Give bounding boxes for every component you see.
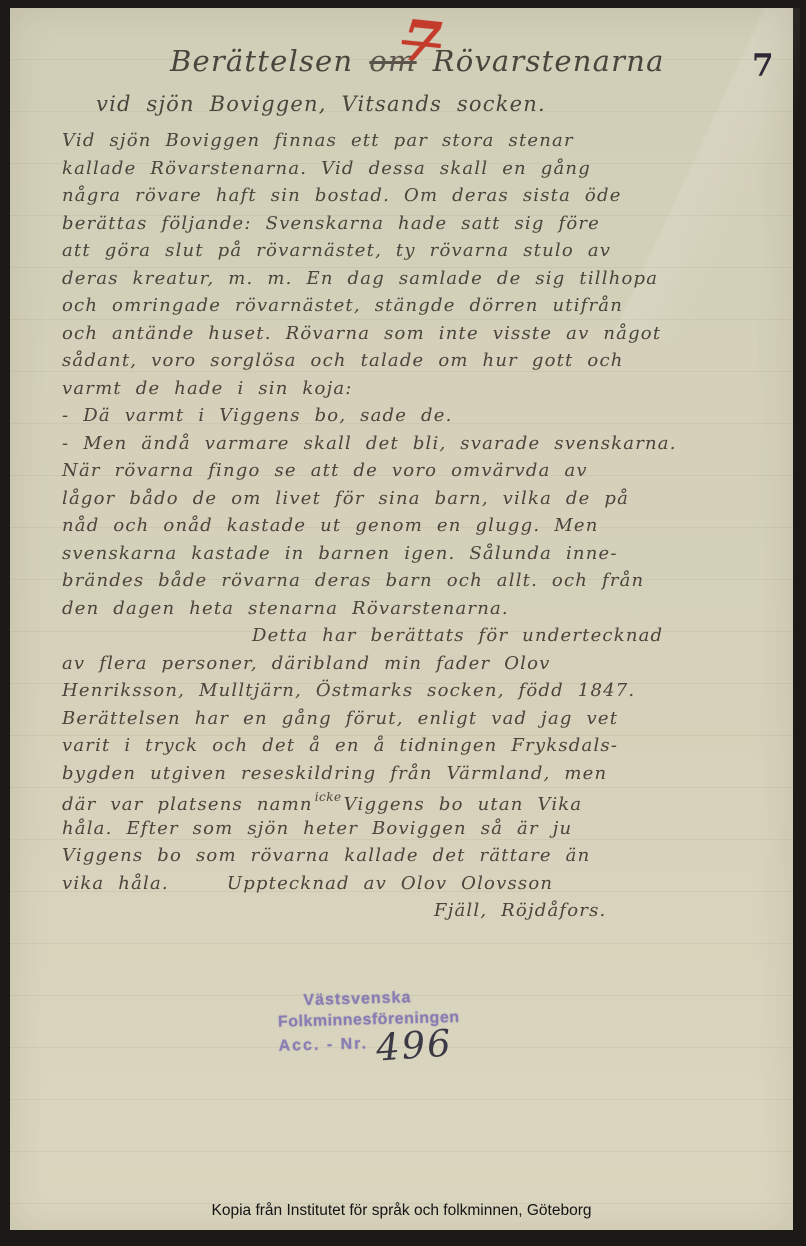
line-text: Viggens bo utan Vika [344,794,583,815]
body-line: Vid sjön Boviggen finnas ett par stora s… [62,130,798,158]
body-line: att göra slut på rövarnästet, ty rövarna… [62,240,798,268]
body-line-signoff: vika håla.Upptecknad av Olov Olovsson [62,873,798,901]
body-line: lågor bådo de om livet för sina barn, vi… [62,488,798,516]
body-line: svenskarna kastade in barnen igen. Sålun… [62,543,798,571]
title-text-post: Rövarstenarna [433,44,665,78]
signoff-text: Upptecknad av Olov Olovsson [227,873,553,894]
body-line: varmt de hade i sin koja: [62,378,798,406]
archive-copy-caption: Kopia från Institutet för språk och folk… [10,1202,793,1220]
red-correction-numeral: 7 [399,12,444,72]
body-line-with-insertion: där var platsens namnickeViggens bo utan… [62,790,798,818]
body-line: och omringade rövarnästet, stängde dörre… [62,295,798,323]
body-line: av flera personer, däribland min fader O… [62,653,798,681]
body-line: håla. Efter som sjön heter Boviggen så ä… [62,818,798,846]
body-line: Viggens bo som rövarna kallade det rätta… [62,845,798,873]
body-line-dialogue: - Dä varmt i Viggens bo, sade de. [62,405,798,433]
body-line: kallade Rövarstenarna. Vid dessa skall e… [62,158,798,186]
body-line: sådant, voro sorglösa och talade om hur … [62,350,798,378]
line-text: vika håla. [62,873,169,894]
body-line: brändes både rövarna deras barn och allt… [62,570,798,598]
manuscript-body: Vid sjön Boviggen finnas ett par stora s… [62,130,798,928]
body-line: varit i tryck och det å en å tidningen F… [62,735,798,763]
body-line: några rövare haft sin bostad. Om deras s… [62,185,798,213]
body-line: nåd och onåd kastade ut genom en glugg. … [62,515,798,543]
accession-number-handwritten: 496 [375,1021,454,1069]
signature-line: Fjäll, Röjdåfors. [62,900,798,928]
manuscript-page: BerättelsenomRövarstenarna 7 7 vid sjön … [10,8,793,1230]
body-line: deras kreatur, m. m. En dag samlade de s… [62,268,798,296]
body-line: bygden utgiven reseskildring från Värmla… [62,763,798,791]
scanned-document: BerättelsenomRövarstenarna 7 7 vid sjön … [0,0,806,1246]
body-line: och antände huset. Rövarna som inte viss… [62,323,798,351]
body-line: berättas följande: Svenskarna hade satt … [62,213,798,241]
inserted-word: icke [315,790,342,804]
line-text: där var platsens namn [62,794,313,815]
document-subtitle: vid sjön Boviggen, Vitsands socken. [96,92,546,116]
body-line-paragraph-start: Detta har berättats för undertecknad [62,625,798,653]
page-number: 7 [752,48,774,84]
body-line: Berättelsen har en gång förut, enligt va… [62,708,798,736]
body-line: När rövarna fingo se att de voro omvärvd… [62,460,798,488]
body-line: Henriksson, Mulltjärn, Östmarks socken, … [62,680,798,708]
stamp-line-1: Västsvenska [303,987,487,1010]
body-line-dialogue: - Men ändå varmare skall det bli, svarad… [62,433,798,461]
title-text-pre: Berättelsen [170,44,353,78]
body-line: den dagen heta stenarna Rövarstenarna. [62,598,798,626]
